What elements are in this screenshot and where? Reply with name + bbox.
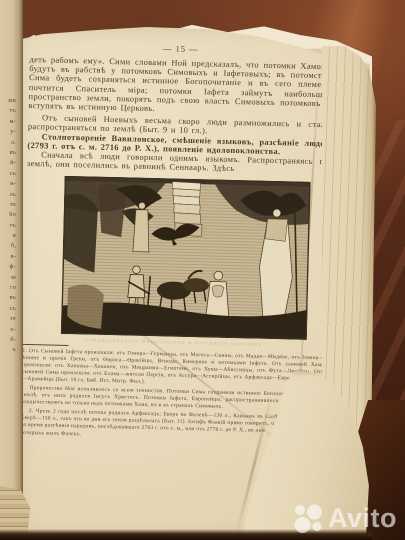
book-listing-photo: — 15 — деть рабомъ ему». Сими словами Но… bbox=[0, 0, 405, 540]
avito-logo-icon bbox=[293, 502, 325, 534]
line-ending-fragment: и bbox=[12, 233, 16, 240]
line-ending-fragment: в- bbox=[11, 254, 16, 261]
line-ending-fragment: бо bbox=[9, 212, 16, 219]
line-ending-fragment: ми bbox=[8, 98, 16, 105]
line-ending-fragment: м- bbox=[10, 119, 16, 126]
line-ending-fragment: то bbox=[10, 202, 16, 209]
line-ending-fragment: й- bbox=[10, 160, 16, 167]
engraving-tower-of-babel bbox=[61, 176, 311, 340]
adjacent-page-line-endings: митъм-у-л.въй-сън-льтоботъиб,в-ф-юговъсъ… bbox=[8, 98, 16, 354]
line-ending-fragment: ге bbox=[10, 316, 16, 323]
line-ending-fragment: тъ bbox=[10, 223, 16, 230]
line-ending-fragment: ъ bbox=[13, 347, 16, 354]
footnote-descendants: 1. Отъ Сыновей Іафета произошли: отъ Гом… bbox=[22, 348, 325, 390]
line-ending-fragment: тъ bbox=[10, 108, 16, 115]
line-ending-fragment: ль bbox=[10, 192, 16, 199]
line-ending-fragment: го bbox=[10, 285, 16, 292]
line-ending-fragment: б, bbox=[11, 243, 16, 250]
line-ending-fragment: съ bbox=[10, 306, 16, 313]
footnote-separator bbox=[23, 344, 69, 346]
line-ending-fragment: о- bbox=[10, 327, 16, 334]
page-content: — 15 — деть рабомъ ему». Сими словами Но… bbox=[20, 40, 332, 447]
paragraph-noah-prophecy: деть рабомъ ему». Сими словами Ной предс… bbox=[28, 55, 331, 118]
line-ending-fragment: л. bbox=[11, 140, 16, 147]
avito-watermark-text: Avito bbox=[328, 503, 397, 534]
line-ending-fragment: н- bbox=[10, 181, 16, 188]
adjacent-page-sliver: митъм-у-л.въй-сън-льтоботъиб,в-ф-юговъсъ… bbox=[0, 0, 23, 540]
line-ending-fragment: у- bbox=[10, 129, 16, 136]
avito-watermark: Avito bbox=[293, 502, 397, 534]
line-ending-fragment: въ bbox=[10, 295, 16, 302]
line-ending-fragment: ф- bbox=[10, 264, 17, 271]
line-ending-fragment: съ bbox=[10, 171, 16, 178]
line-ending-fragment: ю bbox=[11, 275, 16, 282]
line-ending-fragment: въ bbox=[10, 150, 16, 157]
line-ending-fragment: б- bbox=[10, 337, 16, 344]
